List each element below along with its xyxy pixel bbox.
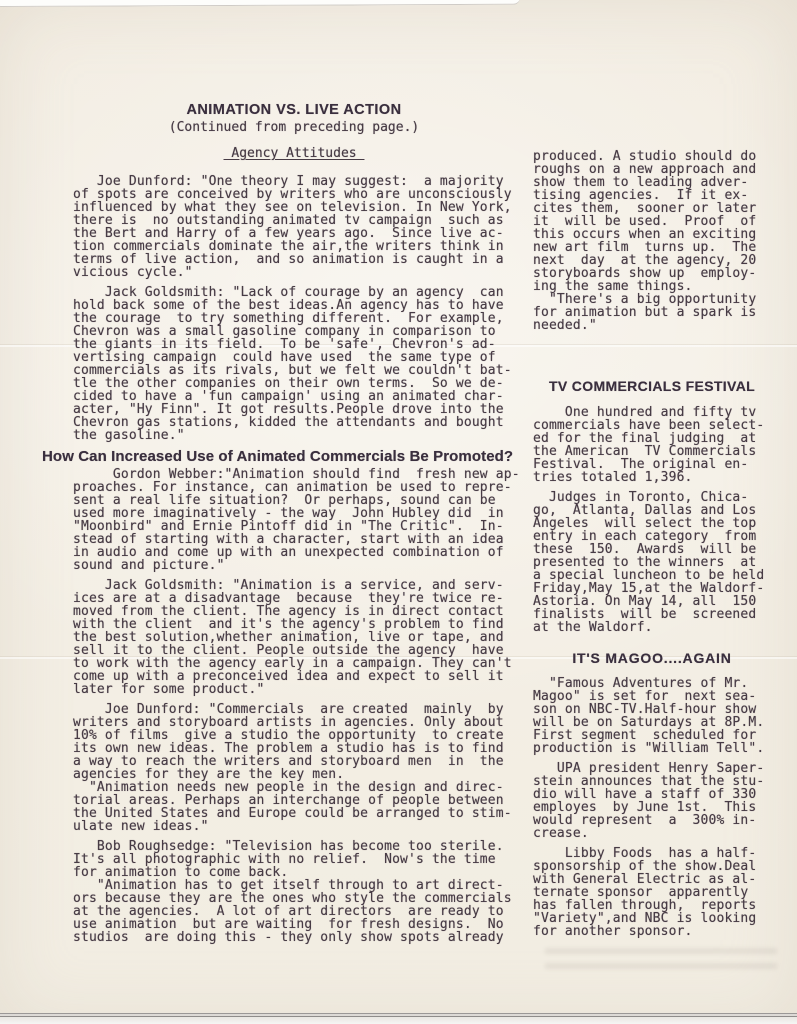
joe-dunford-quote-2: Joe Dunford: "Commercials are created ma…: [73, 703, 515, 833]
magoo-paragraph-1: "Famous Adventures of Mr. Magoo" is set …: [533, 677, 771, 755]
continuation-paragraph: produced. A studio should do roughs on a…: [533, 150, 771, 332]
left-column: ANIMATION VS. LIVE ACTION (Continued fro…: [73, 103, 515, 951]
joe-dunford-quote-1: Joe Dunford: "One theory I may suggest: …: [73, 175, 515, 279]
continued-note: (Continued from preceding page.): [73, 121, 515, 135]
bob-roughsedge-quote: Bob Roughsedge: "Television has become t…: [73, 840, 515, 944]
jack-goldsmith-quote-1: Jack Goldsmith: "Lack of courage by an a…: [73, 286, 515, 442]
scan-bottom-strip: [0, 1017, 797, 1024]
newsletter-page: ANIMATION VS. LIVE ACTION (Continued fro…: [0, 0, 797, 1024]
magoo-paragraph-3: Libby Foods has a half- sponsorship of t…: [533, 847, 771, 938]
jack-goldsmith-quote-2: Jack Goldsmith: "Animation is a service,…: [73, 579, 515, 696]
magoo-paragraph-2: UPA president Henry Saper- stein announc…: [533, 762, 771, 840]
scan-top-edge: [0, 0, 520, 7]
tv-festival-paragraph-2: Judges in Toronto, Chica- go, Atlanta, D…: [533, 491, 771, 634]
page-header: ANIMATION VS. LIVE ACTION (Continued fro…: [73, 103, 515, 161]
gordon-webber-quote: Gordon Webber:"Animation should find fre…: [73, 468, 515, 572]
magoo-heading: IT'S MAGOO....AGAIN: [533, 650, 771, 666]
tv-festival-paragraph-1: One hundred and fifty tv commercials hav…: [533, 406, 771, 484]
main-headline: ANIMATION VS. LIVE ACTION: [73, 103, 515, 118]
bleed-through-ghost-text: [545, 948, 777, 978]
right-column: produced. A studio should do roughs on a…: [533, 150, 771, 945]
tv-festival-heading: TV COMMERCIALS FESTIVAL: [533, 378, 771, 394]
agency-attitudes-heading: Agency Attitudes: [224, 147, 365, 161]
promotion-question-heading: How Can Increased Use of Animated Commer…: [42, 449, 515, 465]
